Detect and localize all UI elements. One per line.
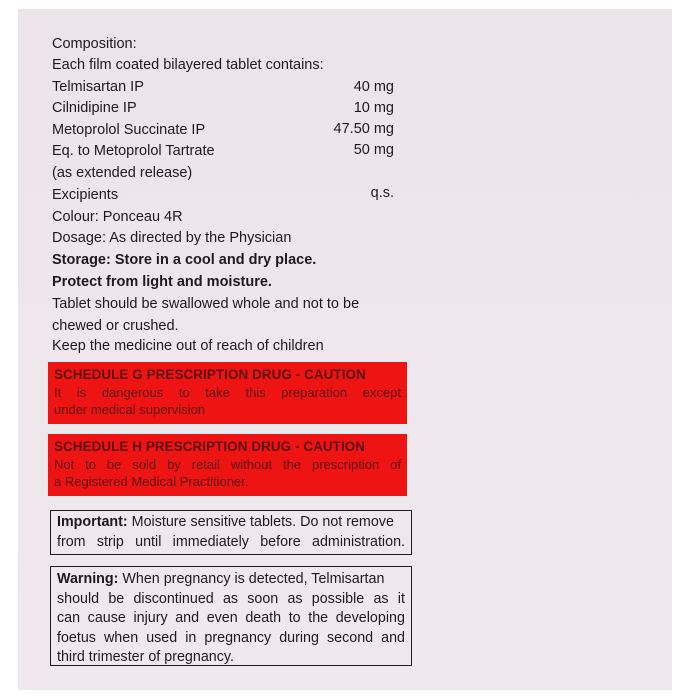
ingredient-amount: q.s.: [371, 184, 394, 202]
word: retail: [192, 456, 220, 473]
dosage-line: Dosage: As directed by the Physician: [52, 229, 291, 247]
ingredient-amount: 50 mg: [354, 141, 394, 159]
word: take: [205, 384, 230, 401]
word: injury: [133, 609, 167, 629]
word: administration.: [312, 533, 405, 553]
schedule-h-caution-box: SCHEDULE H PRESCRIPTION DRUG - CAUTION N…: [48, 434, 407, 496]
protect-line: Protect from light and moisture.: [52, 273, 272, 291]
word: immediately: [173, 533, 249, 553]
word: be: [107, 456, 121, 473]
word: in: [185, 629, 196, 649]
word: can: [57, 609, 80, 629]
composition-heading: Composition:: [52, 35, 137, 53]
warning-text-line-3: cancauseinjuryandevendeathtothedevelopin…: [57, 609, 405, 629]
word: until: [135, 533, 161, 553]
word: is: [77, 384, 86, 401]
warning-text-line-1: When pregnancy is detected, Telmisartan: [122, 571, 384, 587]
schedule-g-caution-box: SCHEDULE G PRESCRIPTION DRUG - CAUTION I…: [48, 362, 407, 424]
word: it: [398, 590, 405, 610]
word: to: [85, 456, 96, 473]
warning-text-line-4: foetuswhenusedinpregnancyduringsecondand: [57, 629, 405, 649]
word: before: [260, 533, 301, 553]
colour-line: Colour: Ponceau 4R: [52, 208, 183, 226]
word: as: [223, 590, 238, 610]
important-notice-box: Important: Moisture sensitive tablets. D…: [50, 510, 412, 555]
warning-text-line-5: third trimester of pregnancy.: [57, 648, 405, 668]
word: preparation: [281, 384, 347, 401]
ingredient-amount: 10 mg: [354, 99, 394, 117]
ingredient-name: Telmisartan IP: [52, 78, 144, 96]
ingredient-name: Cilnidipine IP: [52, 99, 137, 117]
swallow-line-2: chewed or crushed.: [52, 317, 179, 335]
word: It: [54, 384, 61, 401]
ingredient-amount: 40 mg: [354, 78, 394, 96]
ingredient-name: Excipients: [52, 186, 118, 204]
word: possible: [312, 590, 364, 610]
word: by: [167, 456, 181, 473]
storage-line: Storage: Store in a cool and dry place.: [52, 251, 316, 269]
word: even: [207, 609, 238, 629]
word: without: [231, 456, 272, 473]
word: developing: [336, 609, 405, 629]
word: used: [146, 629, 177, 649]
ingredient-amount: 47.50 mg: [334, 120, 394, 138]
schedule-g-line-1: Itisdangeroustotakethispreparationexcept: [54, 384, 401, 401]
schedule-h-line-1: Nottobesoldbyretailwithouttheprescriptio…: [54, 456, 401, 473]
word: dangerous: [102, 384, 163, 401]
word: be: [108, 590, 124, 610]
word: cause: [88, 609, 126, 629]
word: when: [104, 629, 138, 649]
pregnancy-warning-box: Warning: When pregnancy is detected, Tel…: [50, 566, 412, 666]
schedule-g-line-2: under medical supervision: [54, 401, 401, 418]
word: sold: [132, 456, 156, 473]
word: the: [283, 456, 301, 473]
important-text-line-2: fromstripuntilimmediatelybeforeadministr…: [57, 533, 405, 553]
ingredient-name: (as extended release): [52, 164, 192, 182]
word: second: [327, 629, 373, 649]
word: pregnancy: [204, 629, 271, 649]
word: soon: [247, 590, 278, 610]
word: discontinued: [133, 590, 213, 610]
word: except: [363, 384, 401, 401]
swallow-line-1: Tablet should be swallowed whole and not…: [52, 295, 359, 313]
word: as: [287, 590, 302, 610]
word: should: [57, 590, 99, 610]
word: death: [245, 609, 281, 629]
word: the: [308, 609, 328, 629]
word: and: [381, 629, 405, 649]
word: strip: [97, 533, 124, 553]
word: during: [279, 629, 319, 649]
composition-intro: Each film coated bilayered tablet contai…: [52, 56, 324, 74]
warning-label: Warning:: [57, 571, 118, 587]
schedule-h-heading: SCHEDULE H PRESCRIPTION DRUG - CAUTION: [54, 438, 401, 456]
important-text-line-1: Moisture sensitive tablets. Do not remov…: [132, 514, 394, 530]
word: and: [175, 609, 199, 629]
word: prescription: [312, 456, 379, 473]
important-label: Important:: [57, 514, 128, 530]
word: to: [289, 609, 301, 629]
word: foetus: [57, 629, 96, 649]
word: of: [390, 456, 401, 473]
warning-text-line-2: shouldbediscontinuedassoonaspossibleasit: [57, 590, 405, 610]
word: this: [245, 384, 265, 401]
ingredient-name: Metoprolol Succinate IP: [52, 121, 205, 139]
children-warning-line: Keep the medicine out of reach of childr…: [52, 337, 324, 355]
word: from: [57, 533, 86, 553]
ingredient-name: Eq. to Metoprolol Tartrate: [52, 142, 215, 160]
schedule-h-line-2: a Registered Medical Practitioner.: [54, 473, 401, 490]
word: as: [373, 590, 388, 610]
schedule-g-heading: SCHEDULE G PRESCRIPTION DRUG - CAUTION: [54, 366, 401, 384]
word: Not: [54, 456, 74, 473]
word: to: [179, 384, 190, 401]
